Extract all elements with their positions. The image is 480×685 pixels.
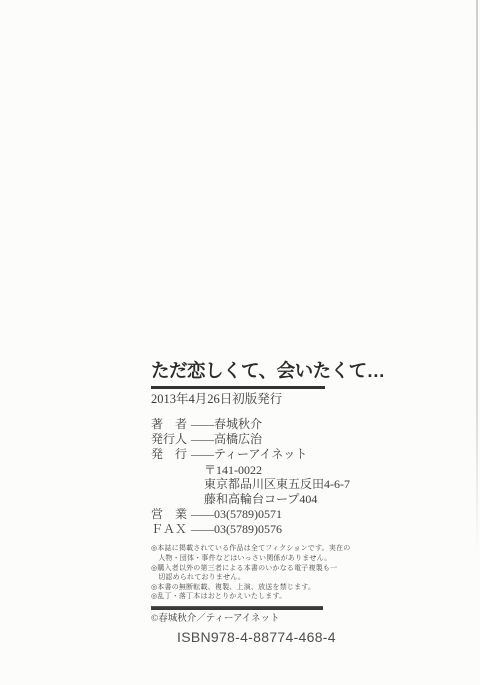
contact-value: 03(5789)0571 (214, 507, 282, 522)
edition-date: 2013年4月26日初版発行 (151, 392, 331, 407)
page-edge-scan-line (476, 0, 478, 555)
notice-line: 人物・団体・事件などはいっさい関係がありません。 (151, 554, 331, 564)
isbn-text: ISBN978-4-88774-468-4 (177, 629, 331, 645)
postal-code: 〒141-0022 (204, 463, 331, 478)
legal-notices: ◎本誌に掲載されている作品は全てフィクションです。実在の 人物・団体・事件などは… (151, 544, 331, 602)
credit-separator: —— (191, 432, 213, 447)
address-line: 藤和高輪台コープ404 (204, 492, 331, 507)
credits-block: 著 者——春城秋介 発行人——高橋広治 発 行——ティーアイネット (151, 417, 331, 463)
colophon-page: ただ恋しくて、会いたくて… 2013年4月26日初版発行 著 者——春城秋介 発… (0, 0, 480, 685)
credit-value: 高橋広治 (214, 432, 262, 447)
credit-label: 著 者 (151, 417, 191, 432)
notice-line: 切認められておりません。 (151, 573, 331, 583)
credit-value: 春城秋介 (214, 417, 262, 432)
colophon-block: ただ恋しくて、会いたくて… 2013年4月26日初版発行 著 者——春城秋介 発… (151, 359, 331, 645)
credit-row-publisher-person: 発行人——高橋広治 (151, 432, 331, 447)
bottom-rule (151, 606, 323, 610)
contacts-block: 営 業——03(5789)0571 ＦＡＸ——03(5789)0576 (151, 507, 331, 537)
contact-label: 営 業 (151, 507, 191, 522)
credit-label: 発行人 (151, 432, 191, 447)
address-line: 東京都品川区東五反田4-6-7 (204, 477, 331, 492)
credit-separator: —— (191, 522, 213, 537)
credit-row-author: 著 者——春城秋介 (151, 417, 331, 432)
title-rule (151, 386, 325, 389)
contact-row-sales: 営 業——03(5789)0571 (151, 507, 331, 522)
credit-row-publisher: 発 行——ティーアイネット (151, 447, 331, 462)
credit-separator: —— (191, 507, 213, 522)
credit-value: ティーアイネット (214, 447, 307, 462)
publisher-address: 〒141-0022 東京都品川区東五反田4-6-7 藤和高輪台コープ404 (204, 463, 331, 507)
notice-line: ◎本書の無断転載、複製、上演、放送を禁じます。 (151, 583, 331, 593)
contact-label: ＦＡＸ (151, 522, 191, 537)
notice-line: ◎乱丁・落丁本はおとりかえいたします。 (151, 592, 331, 602)
notice-line: ◎購入者以外の第三者による本書のいかなる電子複製も一 (151, 564, 331, 574)
credit-separator: —— (191, 417, 213, 432)
copyright-line: ©春城秋介／ティーアイネット (151, 614, 331, 625)
notice-line: ◎本誌に掲載されている作品は全てフィクションです。実在の (151, 544, 331, 554)
credit-separator: —— (191, 447, 213, 462)
credit-label: 発 行 (151, 447, 191, 462)
book-title: ただ恋しくて、会いたくて… (151, 359, 331, 382)
contact-value: 03(5789)0576 (214, 522, 282, 537)
contact-row-fax: ＦＡＸ——03(5789)0576 (151, 522, 331, 537)
